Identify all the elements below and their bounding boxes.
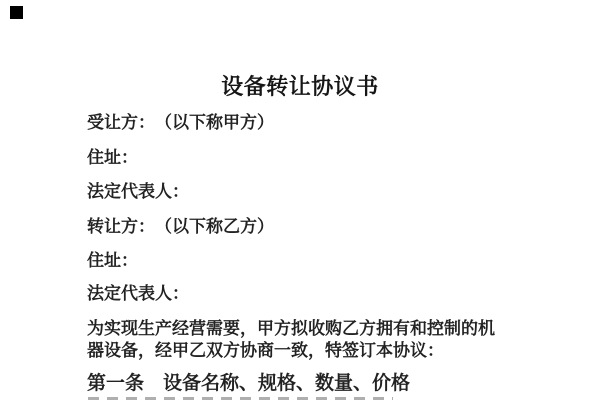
buyer-representative-line: 法定代表人： bbox=[87, 180, 189, 203]
corner-marker bbox=[10, 6, 23, 19]
preamble-line-2: 器设备，经甲乙双方协商一致，特签订本协议： bbox=[87, 340, 444, 362]
buyer-address-line: 住址： bbox=[87, 146, 138, 169]
document-page: 设备转让协议书 受让方： （以下称甲方） 住址： 法定代表人： 转让方： （以下… bbox=[0, 0, 600, 400]
transferor-representative-line: 法定代表人： bbox=[87, 282, 189, 305]
transferor-line: 转让方： （以下称乙方） bbox=[87, 215, 274, 238]
document-title: 设备转让协议书 bbox=[0, 72, 600, 102]
buyer-line: 受让方： （以下称甲方） bbox=[87, 111, 274, 134]
transferor-address-line: 住址： bbox=[87, 249, 138, 272]
article-1-heading: 第一条 设备名称、规格、数量、价格 bbox=[87, 371, 410, 396]
preamble-line-1: 为实现生产经营需要，甲方拟收购乙方拥有和控制的机 bbox=[87, 318, 495, 340]
